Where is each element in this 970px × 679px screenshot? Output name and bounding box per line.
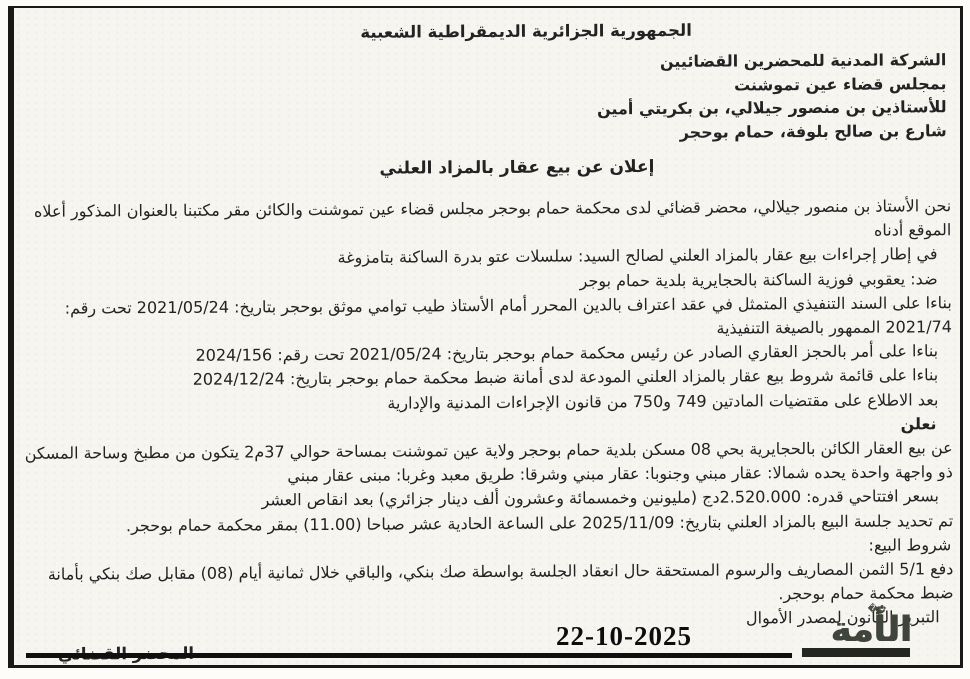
bottom-rule	[26, 653, 792, 658]
republic-header: الجمهورية الجزائرية الديمقراطية الشعبية	[142, 19, 910, 43]
body-paragraph-property-description: عن بيع العقار الكائن بالحجايرية بحي 08 م…	[25, 436, 953, 490]
publication-date: 22-10-2025	[519, 621, 729, 652]
notice-content: الجمهورية الجزائرية الديمقراطية الشعبية …	[22, 13, 954, 668]
scanned-auction-notice-page: الجمهورية الجزائرية الديمقراطية الشعبية …	[0, 0, 970, 679]
notice-body: نحن الأستاذ بن منصور جيلالي، محضر قضائي …	[23, 194, 954, 635]
clipping-border-frame: الجمهورية الجزائرية الديمقراطية الشعبية …	[8, 6, 963, 668]
logo-ornament-icon: ✿�	[860, 605, 894, 617]
office-address-line: شارع بن صالح بلوفة، حمام بوحجر	[23, 119, 947, 148]
body-paragraph-intro: نحن الأستاذ بن منصور جيلالي، محضر قضائي …	[23, 194, 951, 248]
announcement-title: إعلان عن بيع عقار بالمزاد العلني	[83, 155, 951, 180]
body-paragraph-executive-title: بناءا على السند التنفيذي المتمثل في عقد …	[24, 291, 952, 345]
newspaper-logo: ✿� الأمة	[796, 613, 946, 657]
bailiff-office-block: الشركة المدنية للمحضرين القضائيين بمجلس …	[22, 48, 947, 148]
body-paragraph-payment-terms: دفع 5/1 الثمن المصاريف والرسوم المستحقة …	[25, 557, 953, 611]
newspaper-logo-text: الأمة	[796, 613, 946, 647]
